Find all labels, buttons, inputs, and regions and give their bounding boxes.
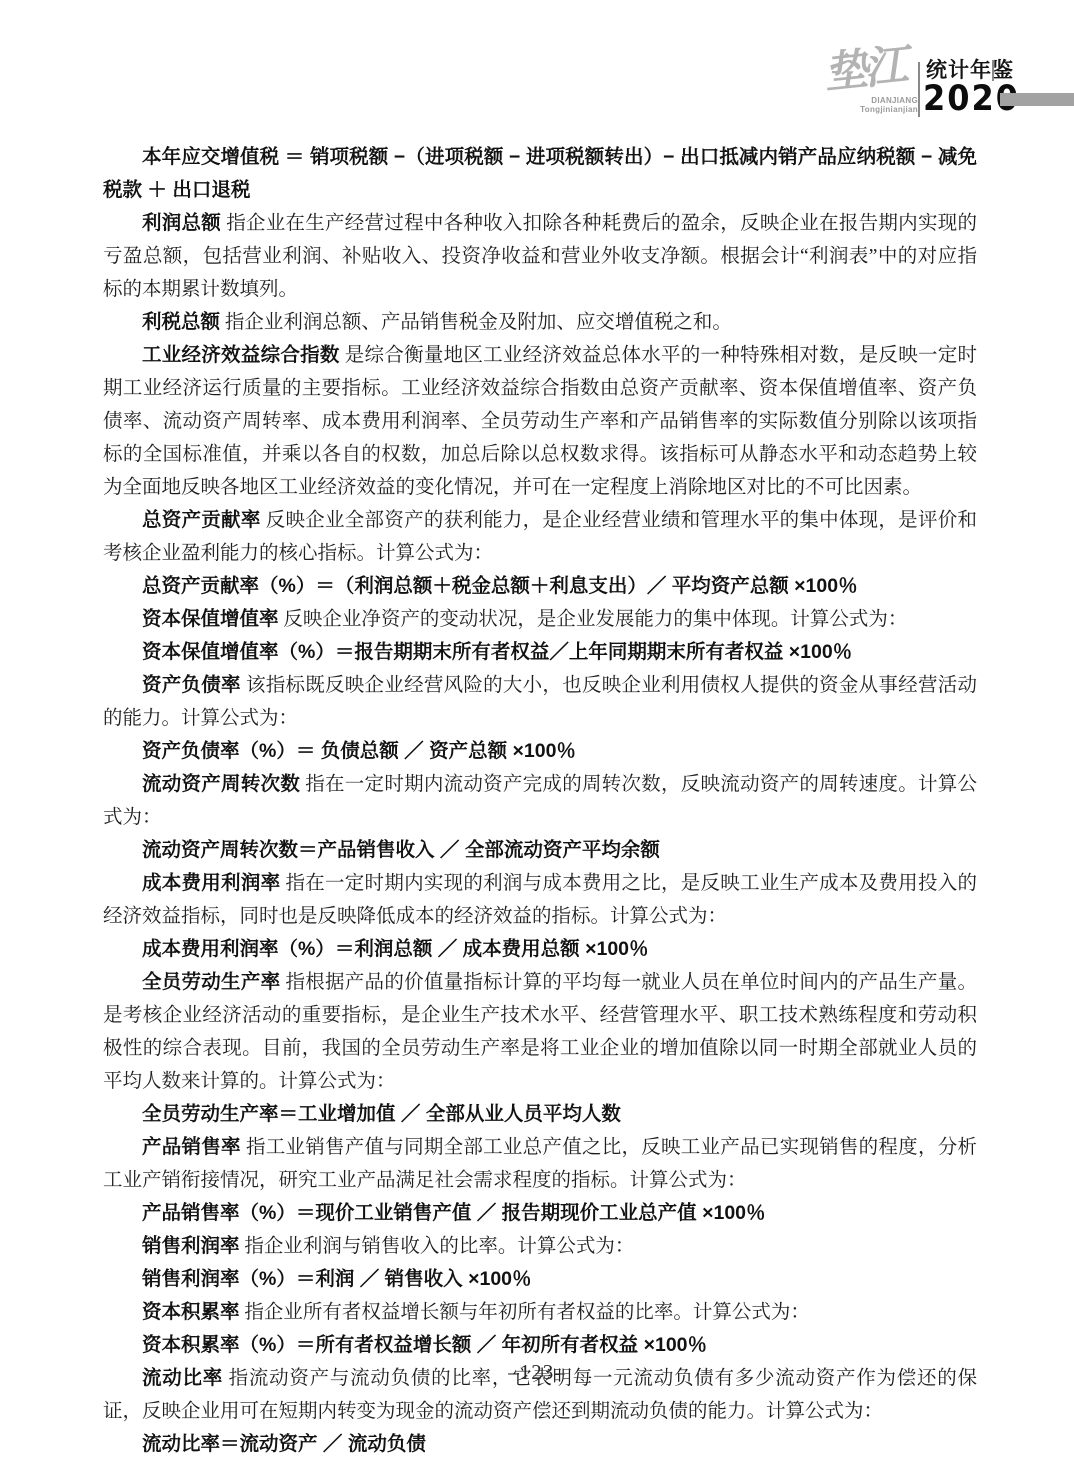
- definition-text: 反映企业净资产的变动状况，是企业发展能力的集中体现。计算公式为：: [279, 609, 908, 630]
- indicator-term: 资本保值增值率: [142, 608, 279, 630]
- page-header: 垫江 DIANJIANG Tongjinianjian 统计年鉴 2020: [820, 52, 1074, 122]
- logo-divider-line: [918, 62, 920, 117]
- yearbook-page: 垫江 DIANJIANG Tongjinianjian 统计年鉴 2020 本年…: [0, 0, 1074, 1458]
- indicator-term: 全员劳动生产率: [142, 971, 280, 993]
- definition-paragraph: 全员劳动生产率 指根据产品的价值量指标计算的平均每一就业人员在单位时间内的产品生…: [103, 966, 977, 1098]
- page-footer: –123–: [0, 1360, 1074, 1385]
- formula-paragraph: 资本保值增值率（%）＝报告期期末所有者权益／上年同期期末所有者权益 ×100％: [103, 636, 977, 669]
- definition-paragraph: 利税总额 指企业利润总额、产品销售税金及附加、应交增值税之和。: [103, 306, 977, 339]
- definition-paragraph: 利润总额 指企业在生产经营过程中各种收入扣除各种耗费后的盈余，反映企业在报告期内…: [103, 207, 977, 306]
- definition-text: 指企业利润与销售收入的比率。计算公式为：: [240, 1236, 635, 1257]
- definition-paragraph: 销售利润率 指企业利润与销售收入的比率。计算公式为：: [103, 1230, 977, 1263]
- indicator-term: 总资产贡献率: [142, 509, 261, 531]
- indicator-term: 成本费用利润率: [142, 872, 280, 894]
- indicator-term: 资本积累率: [142, 1301, 240, 1323]
- page-body: 本年应交增值税 ＝ 销项税额 −（进项税额 − 进项税额转出）− 出口抵减内销产…: [103, 141, 977, 1458]
- indicator-term: 销售利润率: [142, 1235, 240, 1257]
- logo-calligraphy: 垫江: [822, 41, 926, 97]
- indicator-term: 工业经济效益综合指数: [142, 344, 340, 366]
- formula-paragraph: 全员劳动生产率＝工业增加值 ／ 全部从业人员平均人数: [103, 1098, 977, 1131]
- indicator-term: 利润总额: [142, 212, 221, 234]
- formula-paragraph: 流动资产周转次数＝产品销售收入 ／ 全部流动资产平均余额: [103, 834, 977, 867]
- definition-paragraph: 资产负债率 该指标既反映企业经营风险的大小，也反映企业利用债权人提供的资金从事经…: [103, 669, 977, 735]
- header-accent-bar: [1000, 93, 1074, 106]
- formula-paragraph: 产品销售率（%）＝现价工业销售产值 ／ 报告期现价工业总产值 ×100％: [103, 1197, 977, 1230]
- formula-paragraph: 资产负债率（%）＝ 负债总额 ／ 资产总额 ×100％: [103, 735, 977, 768]
- indicator-term: 利税总额: [142, 311, 220, 333]
- formula-paragraph: 成本费用利润率（%）＝利润总额 ／ 成本费用总额 ×100％: [103, 933, 977, 966]
- definition-paragraph: 工业经济效益综合指数 是综合衡量地区工业经济效益总体水平的一种特殊相对数，是反映…: [103, 339, 977, 504]
- definition-paragraph: 产品销售率 指工业销售产值与同期全部工业总产值之比，反映工业产品已实现销售的程度…: [103, 1131, 977, 1197]
- formula-paragraph: 总资产贡献率（%）＝（利润总额＋税金总额＋利息支出）／ 平均资产总额 ×100％: [103, 570, 977, 603]
- definition-text: 指企业在生产经营过程中各种收入扣除各种耗费后的盈余，反映企业在报告期内实现的亏盈…: [103, 213, 977, 300]
- definition-paragraph: 资本保值增值率 反映企业净资产的变动状况，是企业发展能力的集中体现。计算公式为：: [103, 603, 977, 636]
- definition-paragraph: 成本费用利润率 指在一定时期内实现的利润与成本费用之比，是反映工业生产成本及费用…: [103, 867, 977, 933]
- page-number: –123–: [508, 1360, 566, 1384]
- definition-paragraph: 流动资产周转次数 指在一定时期内流动资产完成的周转次数，反映流动资产的周转速度。…: [103, 768, 977, 834]
- logo-pinyin-bottom: Tongjinianjian: [860, 105, 918, 114]
- formula-paragraph: 流动比率＝流动资产 ／ 流动负债: [103, 1428, 977, 1458]
- logo-pinyin: DIANJIANG Tongjinianjian: [830, 96, 918, 114]
- indicator-term: 资产负债率: [142, 674, 241, 696]
- definition-text: 指企业利润总额、产品销售税金及附加、应交增值税之和。: [220, 312, 732, 333]
- definition-text: 是综合衡量地区工业经济效益总体水平的一种特殊相对数，是反映一定时期工业经济运行质…: [103, 345, 977, 498]
- logo-pinyin-top: DIANJIANG: [871, 96, 918, 105]
- formula-paragraph: 本年应交增值税 ＝ 销项税额 −（进项税额 − 进项税额转出）− 出口抵减内销产…: [103, 141, 977, 207]
- indicator-term: 产品销售率: [142, 1136, 241, 1158]
- definition-paragraph: 资本积累率 指企业所有者权益增长额与年初所有者权益的比率。计算公式为：: [103, 1296, 977, 1329]
- indicator-term: 流动资产周转次数: [142, 773, 300, 795]
- formula-paragraph: 资本积累率（%）＝所有者权益增长额 ／ 年初所有者权益 ×100％: [103, 1329, 977, 1362]
- formula-paragraph: 销售利润率（%）＝利润 ／ 销售收入 ×100％: [103, 1263, 977, 1296]
- definition-paragraph: 总资产贡献率 反映企业全部资产的获利能力，是企业经营业绩和管理水平的集中体现，是…: [103, 504, 977, 570]
- definition-text: 指企业所有者权益增长额与年初所有者权益的比率。计算公式为：: [240, 1302, 810, 1323]
